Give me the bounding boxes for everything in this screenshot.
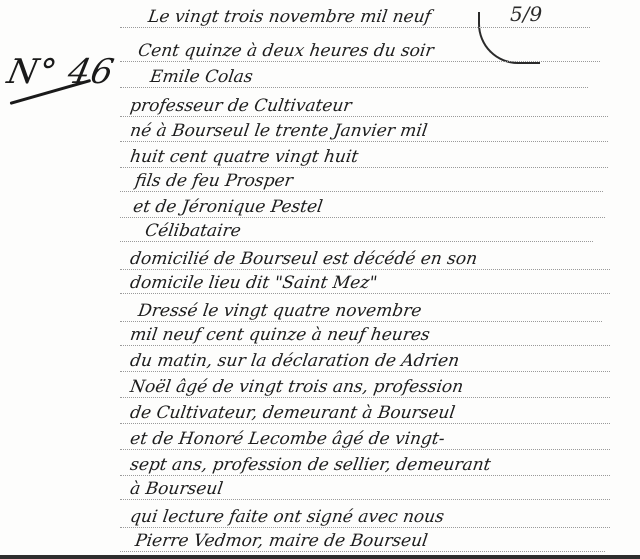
text-line: fils de feu Prosper — [135, 166, 293, 192]
line-text: à Bourseul — [129, 481, 224, 500]
line-text: fils de feu Prosper — [134, 173, 294, 192]
line-text: et de Honoré Lecombe âgé de vingt- — [129, 431, 446, 450]
line-text: Cent quinze à deux heures du soir — [137, 43, 435, 62]
text-line: Noël âgé de vingt trois ans, profession — [130, 372, 463, 398]
scan-bottom-edge — [0, 555, 640, 559]
line-text: de Cultivateur, demeurant à Bourseul — [129, 405, 456, 424]
line-text: Le vingt trois novembre mil neuf — [147, 9, 432, 28]
line-text: Emile Colas — [149, 69, 254, 88]
text-line: professeur de Cultivateur — [130, 91, 351, 117]
line-text: domicilié de Bourseul est décédé en son — [129, 251, 479, 270]
text-line: Emile Colas — [150, 62, 252, 88]
text-line: domicile lieu dit "Saint Mez" — [130, 268, 377, 294]
handwritten-lines: Le vingt trois novembre mil neufCent qui… — [0, 0, 640, 555]
line-text: Pierre Vedmor, maire de Bourseul — [134, 533, 429, 552]
text-line: Le vingt trois novembre mil neuf — [148, 2, 431, 28]
line-text: Noël âgé de vingt trois ans, profession — [129, 379, 465, 398]
text-line: de Cultivateur, demeurant à Bourseul — [130, 398, 455, 424]
line-text: du matin, sur la déclaration de Adrien — [129, 353, 461, 372]
text-line: à Bourseul — [130, 474, 223, 500]
text-line: huit cent quatre vingt huit — [130, 142, 358, 168]
line-text: sept ans, profession de sellier, demeura… — [129, 457, 492, 476]
line-text: et de Jéronique Pestel — [132, 199, 324, 218]
text-line: sept ans, profession de sellier, demeura… — [130, 450, 490, 476]
text-line: Cent quinze à deux heures du soir — [138, 36, 433, 62]
text-line: qui lecture faite ont signé avec nous — [130, 502, 444, 528]
text-line: du matin, sur la déclaration de Adrien — [130, 346, 459, 372]
line-text: professeur de Cultivateur — [129, 98, 353, 117]
text-line: et de Jéronique Pestel — [133, 192, 322, 218]
line-text: mil neuf cent quinze à neuf heures — [129, 327, 431, 346]
text-line: né à Bourseul le trente Janvier mil — [130, 116, 427, 142]
text-line: domicilié de Bourseul est décédé en son — [130, 244, 477, 270]
line-text: qui lecture faite ont signé avec nous — [129, 509, 445, 528]
text-line: mil neuf cent quinze à neuf heures — [130, 320, 430, 346]
text-line: Célibataire — [145, 216, 241, 242]
document-page: N° 46 5/9 Le vingt trois novembre mil ne… — [0, 0, 640, 555]
line-text: domicile lieu dit "Saint Mez" — [129, 275, 379, 294]
line-text: Dressé le vingt quatre novembre — [137, 303, 423, 322]
line-text: né à Bourseul le trente Janvier mil — [129, 123, 429, 142]
text-line: Pierre Vedmor, maire de Bourseul — [135, 526, 427, 552]
line-text: Célibataire — [144, 223, 242, 242]
line-text: huit cent quatre vingt huit — [129, 149, 360, 168]
text-line: Dressé le vingt quatre novembre — [138, 296, 421, 322]
text-line: et de Honoré Lecombe âgé de vingt- — [130, 424, 444, 450]
